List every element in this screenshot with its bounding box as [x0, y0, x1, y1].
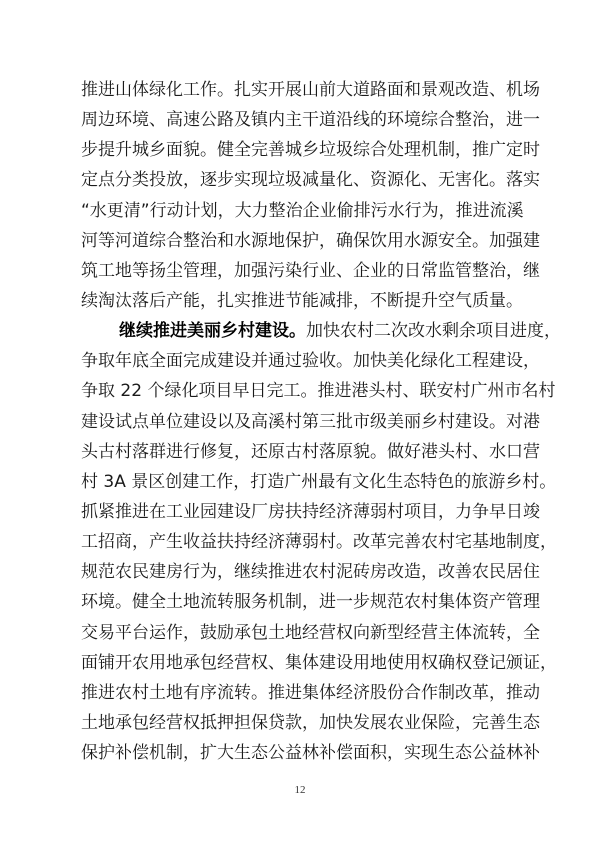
text-line: 争取 22 个绿化项目早日完工。推进港头村、联安村广州市名村: [81, 376, 521, 406]
body-text: 推进山体绿化工作。扎实开展山前大道路面和景观改造、机场 周边环境、高速公路及镇内…: [81, 75, 521, 768]
text-line: 环境。健全土地流转服务机制，进一步规范农村集体资产管理: [81, 587, 521, 617]
text-line: 工招商，产生收益扶持经济薄弱村。改革完善农村宅基地制度，: [81, 527, 521, 557]
page-number: 12: [0, 784, 600, 796]
paragraph-environment: 推进山体绿化工作。扎实开展山前大道路面和景观改造、机场 周边环境、高速公路及镇内…: [81, 75, 521, 316]
text-line: 推进农村土地有序流转。推进集体经济股份合作制改革，推动: [81, 678, 521, 708]
paragraph-beautiful-village: 继续推进美丽乡村建设。加快农村二次改水剩余项目进度， 争取年底全面完成建设并通过…: [81, 316, 521, 768]
text-line: 交易平台运作，鼓励承包土地经营权向新型经营主体流转，全: [81, 618, 521, 648]
text-line: 步提升城乡面貌。健全完善城乡垃圾综合处理机制，推广定时: [81, 135, 521, 165]
text-line-first: 继续推进美丽乡村建设。加快农村二次改水剩余项目进度，: [81, 316, 521, 346]
text-line: 头古村落群进行修复，还原古村落原貌。做好港头村、水口营: [81, 437, 521, 467]
text-line: 抓紧推进在工业园建设厂房扶持经济薄弱村项目，力争早日竣: [81, 497, 521, 527]
text-line: 河等河道综合整治和水源地保护，确保饮用水源安全。加强建: [81, 226, 521, 256]
text-line: 建设试点单位建设以及高溪村第三批市级美丽乡村建设。对港: [81, 407, 521, 437]
text-line: 周边环境、高速公路及镇内主干道沿线的环境综合整治，进一: [81, 105, 521, 135]
text-line: 争取年底全面完成建设并通过验收。加快美化绿化工程建设，: [81, 346, 521, 376]
text-line: 续淘汰落后产能，扎实推进节能减排，不断提升空气质量。: [81, 286, 521, 316]
text-line: 规范农民建房行为，继续推进农村泥砖房改造，改善农民居住: [81, 557, 521, 587]
section-heading: 继续推进美丽乡村建设。: [119, 321, 306, 341]
text-line: 推进山体绿化工作。扎实开展山前大道路面和景观改造、机场: [81, 75, 521, 105]
text-line: 保护补偿机制，扩大生态公益林补偿面积，实现生态公益林补: [81, 738, 521, 768]
text-line: 面铺开农用地承包经营权、集体建设用地使用权确权登记颁证，: [81, 648, 521, 678]
text-line: 筑工地等扬尘管理，加强污染行业、企业的日常监管整治，继: [81, 256, 521, 286]
text-line: 定点分类投放，逐步实现垃圾减量化、资源化、无害化。落实: [81, 165, 521, 195]
text-line: 村 3A 景区创建工作，打造广州最有文化生态特色的旅游乡村。: [81, 467, 521, 497]
text-line: 土地承包经营权抵押担保贷款，加快发展农业保险，完善生态: [81, 708, 521, 738]
document-page: 推进山体绿化工作。扎实开展山前大道路面和景观改造、机场 周边环境、高速公路及镇内…: [0, 0, 600, 848]
text-line: “水更清”行动计划，大力整治企业偷排污水行为，推进流溪: [81, 196, 521, 226]
text-run: 加快农村二次改水剩余项目进度，: [306, 321, 561, 341]
